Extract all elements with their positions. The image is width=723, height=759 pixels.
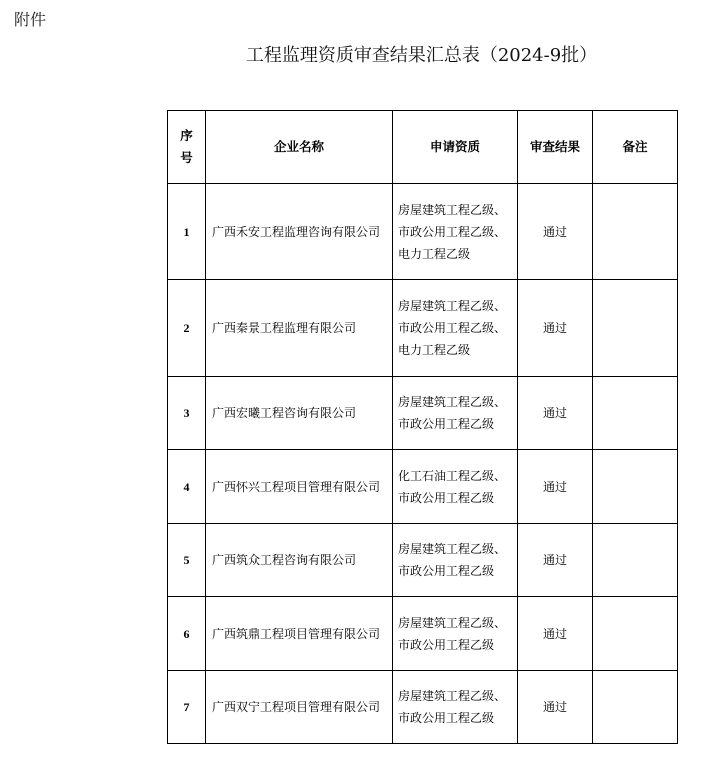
header-remark: 备注 [593, 111, 678, 184]
table-row: 7广西双宁工程项目管理有限公司房屋建筑工程乙级、市政公用工程乙级通过 [168, 671, 678, 744]
row-index: 2 [168, 280, 206, 377]
qualification-line: 市政公用工程乙级 [398, 707, 517, 729]
qualification-line: 电力工程乙级 [398, 339, 517, 361]
qualification-line: 市政公用工程乙级 [398, 487, 517, 509]
qualification-line: 市政公用工程乙级、 [398, 221, 517, 243]
qualification-line: 房屋建筑工程乙级、 [398, 685, 517, 707]
remark-cell [593, 597, 678, 671]
qualification-line: 房屋建筑工程乙级、 [398, 295, 517, 317]
qualification-cell: 房屋建筑工程乙级、市政公用工程乙级 [393, 597, 518, 671]
qualification-line: 市政公用工程乙级 [398, 634, 517, 656]
row-index: 1 [168, 184, 206, 280]
attachment-label: 附件 [14, 7, 46, 30]
review-result: 通过 [518, 524, 593, 597]
review-result: 通过 [518, 597, 593, 671]
row-index: 6 [168, 597, 206, 671]
table-row: 3广西宏曦工程咨询有限公司房屋建筑工程乙级、市政公用工程乙级通过 [168, 377, 678, 450]
qualification-line: 房屋建筑工程乙级、 [398, 199, 517, 221]
company-name: 广西怀兴工程项目管理有限公司 [206, 450, 393, 524]
review-results-table: 序 号 企业名称 申请资质 审查结果 备注 1广西禾安工程监理咨询有限公司房屋建… [167, 110, 678, 744]
document-title: 工程监理资质审查结果汇总表（2024-9批） [0, 41, 723, 67]
qualification-cell: 房屋建筑工程乙级、市政公用工程乙级、电力工程乙级 [393, 184, 518, 280]
table-row: 1广西禾安工程监理咨询有限公司房屋建筑工程乙级、市政公用工程乙级、电力工程乙级通… [168, 184, 678, 280]
remark-cell [593, 450, 678, 524]
row-index: 4 [168, 450, 206, 524]
review-result: 通过 [518, 450, 593, 524]
row-index: 7 [168, 671, 206, 744]
qualification-line: 房屋建筑工程乙级、 [398, 612, 517, 634]
company-name: 广西筑鼎工程项目管理有限公司 [206, 597, 393, 671]
qualification-line: 市政公用工程乙级 [398, 560, 517, 582]
review-result: 通过 [518, 280, 593, 377]
review-result: 通过 [518, 184, 593, 280]
qualification-cell: 房屋建筑工程乙级、市政公用工程乙级 [393, 524, 518, 597]
qualification-cell: 化工石油工程乙级、市政公用工程乙级 [393, 450, 518, 524]
company-name: 广西筑众工程咨询有限公司 [206, 524, 393, 597]
header-index-line: 序 [168, 125, 205, 147]
table-row: 4广西怀兴工程项目管理有限公司化工石油工程乙级、市政公用工程乙级通过 [168, 450, 678, 524]
table-header-row: 序 号 企业名称 申请资质 审查结果 备注 [168, 111, 678, 184]
qualification-line: 房屋建筑工程乙级、 [398, 391, 517, 413]
qualification-line: 电力工程乙级 [398, 243, 517, 265]
company-name: 广西秦景工程监理有限公司 [206, 280, 393, 377]
qualification-line: 化工石油工程乙级、 [398, 465, 517, 487]
qualification-line: 房屋建筑工程乙级、 [398, 538, 517, 560]
qualification-line: 市政公用工程乙级 [398, 413, 517, 435]
remark-cell [593, 377, 678, 450]
company-name: 广西禾安工程监理咨询有限公司 [206, 184, 393, 280]
remark-cell [593, 184, 678, 280]
row-index: 5 [168, 524, 206, 597]
review-result: 通过 [518, 377, 593, 450]
table-row: 5广西筑众工程咨询有限公司房屋建筑工程乙级、市政公用工程乙级通过 [168, 524, 678, 597]
qualification-cell: 房屋建筑工程乙级、市政公用工程乙级 [393, 377, 518, 450]
table-row: 2广西秦景工程监理有限公司房屋建筑工程乙级、市政公用工程乙级、电力工程乙级通过 [168, 280, 678, 377]
remark-cell [593, 524, 678, 597]
header-qualification: 申请资质 [393, 111, 518, 184]
header-index-line: 号 [168, 147, 205, 169]
qualification-cell: 房屋建筑工程乙级、市政公用工程乙级、电力工程乙级 [393, 280, 518, 377]
table-row: 6广西筑鼎工程项目管理有限公司房屋建筑工程乙级、市政公用工程乙级通过 [168, 597, 678, 671]
header-index: 序 号 [168, 111, 206, 184]
review-result: 通过 [518, 671, 593, 744]
row-index: 3 [168, 377, 206, 450]
remark-cell [593, 671, 678, 744]
header-result: 审查结果 [518, 111, 593, 184]
header-company: 企业名称 [206, 111, 393, 184]
remark-cell [593, 280, 678, 377]
qualification-line: 市政公用工程乙级、 [398, 317, 517, 339]
company-name: 广西宏曦工程咨询有限公司 [206, 377, 393, 450]
company-name: 广西双宁工程项目管理有限公司 [206, 671, 393, 744]
qualification-cell: 房屋建筑工程乙级、市政公用工程乙级 [393, 671, 518, 744]
